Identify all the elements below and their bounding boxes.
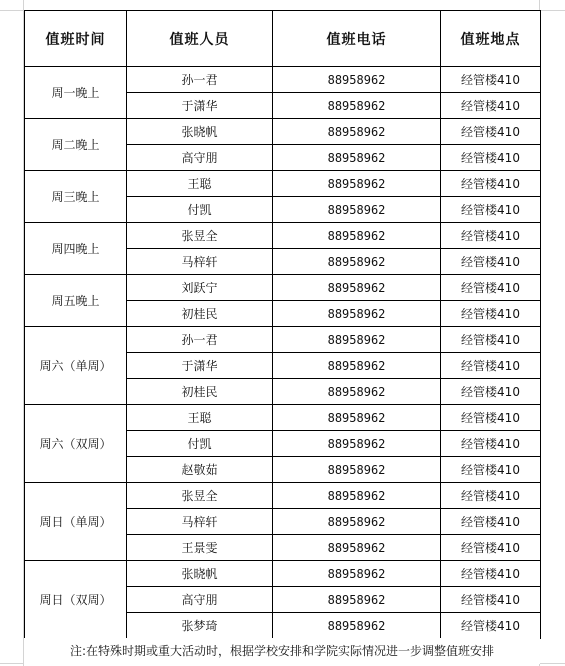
cell-location[interactable]: 经管楼410 (441, 561, 541, 587)
cell-location[interactable]: 经管楼410 (441, 379, 541, 405)
cell-person[interactable]: 张梦琦 (127, 613, 273, 639)
cell-duty-time[interactable]: 周六（单周） (25, 327, 127, 405)
cell-person[interactable]: 付凯 (127, 431, 273, 457)
cell-location[interactable]: 经管楼410 (441, 197, 541, 223)
table-row: 周三晚上王聪88958962经管楼410 (25, 171, 541, 197)
cell-duty-time[interactable]: 周五晚上 (25, 275, 127, 327)
cell-location[interactable]: 经管楼410 (441, 353, 541, 379)
cell-person[interactable]: 王景雯 (127, 535, 273, 561)
cell-phone[interactable]: 88958962 (273, 587, 441, 613)
cell-phone[interactable]: 88958962 (273, 93, 441, 119)
header-location[interactable]: 值班地点 (441, 11, 541, 67)
cell-phone[interactable]: 88958962 (273, 483, 441, 509)
cell-phone[interactable]: 88958962 (273, 561, 441, 587)
cell-person[interactable]: 孙一君 (127, 327, 273, 353)
cell-person[interactable]: 张晓帆 (127, 561, 273, 587)
cell-phone[interactable]: 88958962 (273, 119, 441, 145)
table-row: 周日（双周）张晓帆88958962经管楼410 (25, 561, 541, 587)
cell-location[interactable]: 经管楼410 (441, 301, 541, 327)
cell-duty-time[interactable]: 周四晚上 (25, 223, 127, 275)
cell-phone[interactable]: 88958962 (273, 431, 441, 457)
cell-phone[interactable]: 88958962 (273, 379, 441, 405)
cell-phone[interactable]: 88958962 (273, 613, 441, 639)
cell-duty-time[interactable]: 周六（双周） (25, 405, 127, 483)
cell-location[interactable]: 经管楼410 (441, 431, 541, 457)
table-row: 周四晚上张昱全88958962经管楼410 (25, 223, 541, 249)
cell-person[interactable]: 高守朋 (127, 145, 273, 171)
cell-person[interactable]: 初桂民 (127, 379, 273, 405)
cell-phone[interactable]: 88958962 (273, 535, 441, 561)
cell-person[interactable]: 刘跃宁 (127, 275, 273, 301)
table-row: 周日（单周）张昱全88958962经管楼410 (25, 483, 541, 509)
header-time[interactable]: 值班时间 (25, 11, 127, 67)
cell-location[interactable]: 经管楼410 (441, 145, 541, 171)
cell-phone[interactable]: 88958962 (273, 197, 441, 223)
cell-phone[interactable]: 88958962 (273, 457, 441, 483)
cell-person[interactable]: 孙一君 (127, 67, 273, 93)
cell-location[interactable]: 经管楼410 (441, 327, 541, 353)
cell-location[interactable]: 经管楼410 (441, 405, 541, 431)
cell-location[interactable]: 经管楼410 (441, 457, 541, 483)
cell-person[interactable]: 张晓帆 (127, 119, 273, 145)
cell-person[interactable]: 初桂民 (127, 301, 273, 327)
cell-duty-time[interactable]: 周日（单周） (25, 483, 127, 561)
cell-location[interactable]: 经管楼410 (441, 535, 541, 561)
cell-person[interactable]: 于潇华 (127, 93, 273, 119)
cell-phone[interactable]: 88958962 (273, 301, 441, 327)
cell-person[interactable]: 马梓轩 (127, 509, 273, 535)
cell-phone[interactable]: 88958962 (273, 145, 441, 171)
cell-phone[interactable]: 88958962 (273, 353, 441, 379)
cell-duty-time[interactable]: 周二晚上 (25, 119, 127, 171)
cell-location[interactable]: 经管楼410 (441, 223, 541, 249)
table-row: 周六（单周）孙一君88958962经管楼410 (25, 327, 541, 353)
cell-person[interactable]: 王聪 (127, 171, 273, 197)
cell-phone[interactable]: 88958962 (273, 171, 441, 197)
header-person[interactable]: 值班人员 (127, 11, 273, 67)
cell-phone[interactable]: 88958962 (273, 275, 441, 301)
cell-location[interactable]: 经管楼410 (441, 249, 541, 275)
cell-location[interactable]: 经管楼410 (441, 483, 541, 509)
cell-person[interactable]: 付凯 (127, 197, 273, 223)
cell-location[interactable]: 经管楼410 (441, 67, 541, 93)
table-row: 周五晚上刘跃宁88958962经管楼410 (25, 275, 541, 301)
cell-person[interactable]: 张昱全 (127, 483, 273, 509)
cell-location[interactable]: 经管楼410 (441, 509, 541, 535)
cell-phone[interactable]: 88958962 (273, 509, 441, 535)
cell-location[interactable]: 经管楼410 (441, 275, 541, 301)
duty-schedule-table: 值班时间 值班人员 值班电话 值班地点 周一晚上孙一君88958962经管楼41… (24, 10, 541, 639)
cell-phone[interactable]: 88958962 (273, 249, 441, 275)
table-row: 周一晚上孙一君88958962经管楼410 (25, 67, 541, 93)
cell-duty-time[interactable]: 周一晚上 (25, 67, 127, 119)
cell-phone[interactable]: 88958962 (273, 67, 441, 93)
header-row: 值班时间 值班人员 值班电话 值班地点 (25, 11, 541, 67)
cell-person[interactable]: 张昱全 (127, 223, 273, 249)
header-phone[interactable]: 值班电话 (273, 11, 441, 67)
cell-location[interactable]: 经管楼410 (441, 171, 541, 197)
cell-person[interactable]: 王聪 (127, 405, 273, 431)
footnote[interactable]: 注:在特殊时期或重大活动时，根据学校安排和学院实际情况进一步调整值班安排 (24, 638, 540, 664)
table-row: 周二晚上张晓帆88958962经管楼410 (25, 119, 541, 145)
cell-phone[interactable]: 88958962 (273, 223, 441, 249)
cell-duty-time[interactable]: 周三晚上 (25, 171, 127, 223)
cell-person[interactable]: 于潇华 (127, 353, 273, 379)
cell-person[interactable]: 高守朋 (127, 587, 273, 613)
cell-phone[interactable]: 88958962 (273, 327, 441, 353)
table-row: 周六（双周）王聪88958962经管楼410 (25, 405, 541, 431)
cell-phone[interactable]: 88958962 (273, 405, 441, 431)
cell-location[interactable]: 经管楼410 (441, 93, 541, 119)
cell-person[interactable]: 赵敬茹 (127, 457, 273, 483)
cell-location[interactable]: 经管楼410 (441, 119, 541, 145)
cell-location[interactable]: 经管楼410 (441, 587, 541, 613)
cell-person[interactable]: 马梓轩 (127, 249, 273, 275)
cell-duty-time[interactable]: 周日（双周） (25, 561, 127, 639)
cell-location[interactable]: 经管楼410 (441, 613, 541, 639)
